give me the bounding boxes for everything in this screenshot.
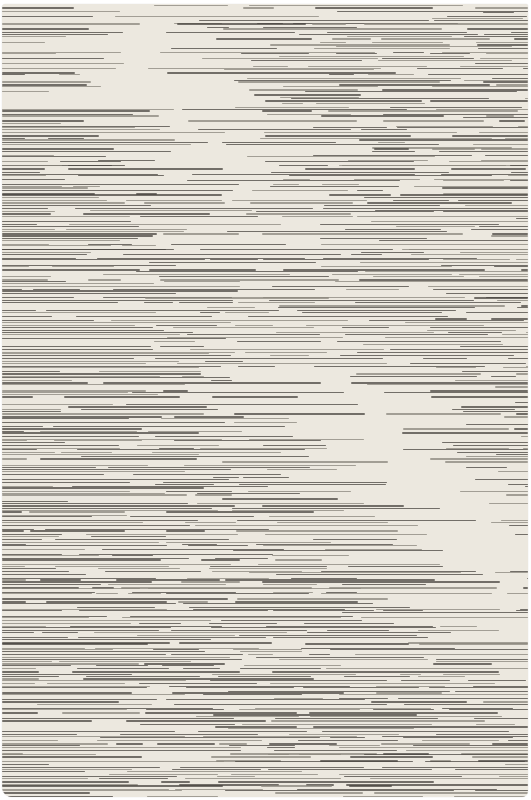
rug-stripe: [2, 200, 107, 201]
rug-stripe: [283, 86, 378, 87]
rug-stripe: [279, 659, 427, 660]
rug-stripe: [86, 676, 200, 677]
rug-stripe: [2, 358, 134, 359]
rug-stripe: [364, 23, 528, 24]
rug-stripe: [207, 307, 254, 308]
rug-stripe: [2, 750, 241, 751]
rug-stripe: [189, 607, 410, 608]
rug-stripe: [270, 186, 399, 187]
rug-stripe: [242, 724, 432, 725]
rug-stripe: [2, 701, 119, 702]
rug-stripe: [247, 78, 461, 79]
rug-stripe: [478, 48, 528, 49]
rug-stripe: [337, 341, 502, 342]
rug-stripe: [229, 745, 294, 746]
rug-stripe: [2, 384, 185, 385]
rug-stripe: [166, 511, 313, 512]
rug-stripe: [99, 371, 201, 372]
rug-stripe: [174, 704, 387, 705]
rug-stripe: [378, 60, 512, 61]
rug-stripe: [2, 771, 85, 772]
rug-stripe: [72, 671, 240, 672]
rug-stripe: [491, 376, 516, 377]
rug-stripe: [221, 620, 362, 621]
rug-stripe: [476, 724, 516, 725]
rug-stripe: [491, 235, 528, 236]
rug-stripe: [382, 767, 528, 768]
rug-stripe: [166, 699, 364, 700]
rug-stripe: [2, 266, 29, 267]
rug-stripe: [419, 643, 528, 644]
rug-stripe: [197, 503, 364, 504]
rug-stripe: [2, 487, 204, 488]
rug-stripe: [264, 132, 457, 133]
rug-stripe: [227, 231, 448, 232]
rug-stripe: [2, 249, 174, 250]
rug-stripe: [2, 649, 113, 650]
rug-stripe: [350, 376, 477, 377]
rug-stripe: [155, 436, 293, 437]
rug-stripe: [2, 418, 129, 419]
rug-stripe: [145, 297, 329, 298]
rug-stripe: [396, 226, 475, 227]
rug-stripe: [455, 691, 528, 692]
rug-stripe: [238, 302, 315, 303]
rug-stripe: [343, 796, 423, 797]
rug-stripe: [329, 194, 391, 195]
rug-stripe: [2, 373, 201, 374]
rug-stripe: [359, 139, 528, 140]
rug-stripe: [248, 316, 448, 317]
rug-stripe: [302, 312, 442, 313]
rug-stripe: [234, 413, 365, 414]
rug-stripe: [245, 352, 327, 353]
rug-stripe: [2, 709, 127, 710]
rug-stripe: [344, 676, 410, 677]
rug-stripe: [237, 598, 388, 599]
rug-stripe: [115, 16, 319, 17]
rug-stripe: [339, 747, 528, 748]
rug-stripe: [2, 598, 228, 599]
rug-stripe: [258, 564, 440, 565]
rug-stripe: [430, 458, 528, 459]
rug-stripe: [2, 213, 51, 214]
rug-stripe: [405, 322, 528, 323]
rug-stripe: [2, 539, 42, 540]
rug-stripe: [2, 694, 185, 695]
rug-stripe: [232, 200, 367, 201]
rug-stripe: [2, 115, 159, 116]
rug-stripe: [223, 28, 442, 29]
rug-stripe: [485, 155, 528, 156]
rug-stripe: [328, 110, 518, 111]
rug-stripe: [211, 627, 436, 628]
rug-stripe: [222, 461, 388, 462]
rug-stripe: [2, 286, 240, 287]
rug-stripe: [320, 224, 500, 225]
rug-stripe: [2, 764, 49, 765]
rug-stripe: [517, 307, 528, 308]
rug-stripe: [299, 754, 340, 755]
rug-stripe: [2, 718, 234, 719]
rug-stripe: [137, 445, 220, 446]
rug-stripe: [236, 530, 398, 531]
rug-stripe: [200, 312, 221, 313]
rug-stripe: [475, 479, 528, 480]
rug-stripe: [2, 720, 92, 721]
rug-stripe: [127, 771, 302, 772]
rug-stripe: [2, 392, 128, 393]
rug-stripe: [155, 358, 383, 359]
rug-stripe: [277, 522, 388, 523]
rug-stripe: [37, 704, 152, 705]
rug-stripe: [370, 778, 528, 779]
rug-stripe: [2, 734, 77, 735]
rug-stripe: [2, 639, 211, 640]
rug-stripe: [2, 508, 212, 509]
rug-stripe: [109, 774, 217, 775]
rug-stripe: [2, 380, 72, 381]
rug-stripe: [122, 617, 340, 618]
rug-stripe: [321, 266, 452, 267]
rug-stripe: [210, 259, 258, 260]
rug-stripe: [505, 764, 528, 765]
rug-stripe: [2, 593, 92, 594]
rug-stripe: [238, 366, 275, 367]
rug-stripe: [171, 630, 307, 631]
rug-stripe: [282, 216, 353, 217]
rug-stripe: [155, 484, 214, 485]
rug-stripe: [132, 392, 344, 393]
rug-stripe: [516, 610, 528, 611]
rug-stripe: [253, 66, 288, 67]
rug-stripe: [235, 761, 412, 762]
rug-stripe: [263, 545, 417, 546]
rug-stripe: [527, 578, 528, 579]
rug-stripe: [2, 574, 86, 575]
rug-stripe: [275, 792, 363, 793]
rug-stripe: [166, 491, 232, 492]
rug-stripe: [2, 81, 91, 82]
rug-stripe: [2, 661, 52, 662]
rug-stripe: [2, 367, 199, 368]
rug-stripe: [2, 740, 58, 741]
rug-stripe: [120, 734, 258, 735]
rug-stripe: [2, 584, 101, 585]
rug-stripe: [137, 635, 235, 636]
rug-stripe: [237, 520, 476, 521]
rug-stripe: [2, 754, 96, 755]
rug-stripe: [461, 406, 528, 407]
rug-stripe: [515, 534, 528, 535]
rug-stripe: [2, 269, 140, 270]
rug-stripe: [466, 424, 528, 425]
rug-stripe: [321, 244, 528, 245]
rug-stripe: [428, 286, 528, 287]
rug-stripe: [479, 276, 528, 277]
rug-stripe: [2, 316, 52, 317]
rug-stripe: [218, 781, 434, 782]
rug-stripe: [418, 630, 498, 631]
rug-stripe: [2, 436, 139, 437]
rug-stripe: [185, 522, 237, 523]
rug-stripe: [383, 610, 423, 611]
rug-stripe: [384, 392, 528, 393]
rug-stripe: [2, 254, 87, 255]
rug-stripe: [2, 226, 139, 227]
rug-stripe: [126, 404, 358, 405]
rug-stripe: [2, 657, 230, 658]
rug-stripe: [195, 494, 232, 495]
rug-stripe: [272, 286, 410, 287]
rug-stripe: [2, 205, 151, 206]
rug-stripe: [361, 129, 407, 130]
rug-stripe: [289, 734, 399, 735]
rug-stripe: [2, 426, 43, 427]
rug-stripe: [2, 442, 65, 443]
rug-stripe: [217, 776, 256, 777]
rug-stripe: [2, 28, 89, 29]
rug-stripe: [2, 161, 48, 162]
rug-stripe: [320, 42, 346, 43]
rug-stripe: [209, 568, 326, 569]
rug-stripe: [2, 665, 71, 666]
rug-stripe: [133, 474, 282, 475]
rug-stripe: [76, 316, 212, 317]
rug-stripe: [335, 281, 528, 282]
rug-stripe: [2, 361, 179, 362]
rug-stripe: [79, 554, 274, 555]
rug-stripe: [491, 522, 528, 523]
rug-stripe: [298, 740, 398, 741]
rug-stripe: [2, 422, 225, 423]
rug-stripe: [225, 312, 269, 313]
rug-stripe: [2, 175, 46, 176]
rug-stripe: [185, 778, 341, 779]
rug-stripe: [464, 36, 528, 37]
rug-stripe: [83, 213, 211, 214]
rug-stripe: [2, 36, 66, 37]
rug-stripe: [99, 778, 169, 779]
rug: Hand-woven cream rug with abstract charc…: [2, 4, 528, 797]
rug-stripe: [321, 115, 444, 116]
rug-stripe: [339, 165, 505, 166]
rug-stripe: [2, 238, 138, 239]
rug-stripe: [2, 23, 140, 24]
rug-stripe: [458, 200, 528, 201]
rug-stripe: [439, 151, 528, 152]
rug-stripe: [495, 386, 528, 387]
rug-stripe: [265, 135, 411, 136]
rug-stripe: [499, 120, 525, 121]
rug-stripe: [61, 452, 112, 453]
rug-stripe: [436, 661, 528, 662]
rug-stripe: [108, 584, 226, 585]
rug-stripe: [261, 785, 332, 786]
rug-stripe: [403, 449, 528, 450]
rug-stripe: [2, 683, 35, 684]
rug-stripe: [329, 74, 354, 75]
rug-stripe: [453, 445, 528, 446]
rug-stripe: [357, 352, 528, 353]
rug-stripe: [363, 344, 502, 345]
rug-stripe: [2, 53, 56, 54]
rug-stripe: [81, 456, 310, 457]
rug-stripe: [275, 718, 438, 719]
rug-stripe: [53, 426, 285, 427]
rug-stripe: [52, 266, 114, 267]
rug-stripe: [218, 676, 311, 677]
rug-stripe: [349, 785, 391, 786]
rug-stripe: [521, 436, 528, 437]
rug-stripe: [433, 289, 528, 290]
rug-stripe: [2, 545, 167, 546]
rug-stripe: [320, 238, 427, 239]
rug-stripe: [164, 281, 240, 282]
rug-stripe: [203, 694, 301, 695]
rug-stripe: [270, 683, 495, 684]
rug-stripe: [2, 58, 104, 59]
rug-stripe: [2, 293, 176, 294]
rug-stripe: [2, 338, 226, 339]
rug-stripe: [90, 210, 252, 211]
rug-stripe: [355, 654, 528, 655]
rug-stripe: [2, 776, 177, 777]
rug-stripe: [329, 745, 381, 746]
rug-stripe: [233, 649, 303, 650]
rug-stripe: [342, 612, 528, 613]
rug-stripe: [305, 643, 409, 644]
rug-stripe: [506, 494, 528, 495]
rug-stripe: [368, 74, 414, 75]
rug-stripe: [177, 363, 387, 364]
rug-stripe: [235, 107, 349, 108]
rug-stripe: [436, 367, 476, 368]
rug-stripe: [269, 300, 474, 301]
rug-stripe: [2, 581, 152, 582]
rug-stripe: [148, 588, 361, 589]
rug-stripe: [443, 180, 504, 181]
rug-stripe: [231, 774, 318, 775]
rug-stripe: [262, 233, 464, 234]
rug-stripe: [174, 440, 321, 441]
rug-stripe: [2, 123, 61, 124]
rug-stripe: [303, 687, 419, 688]
rug-stripe: [2, 699, 157, 700]
rug-stripe: [2, 187, 88, 188]
rug-stripe: [183, 668, 221, 669]
rug-stripe: [409, 249, 528, 250]
rug-stripe: [243, 7, 274, 8]
rug-stripe: [2, 494, 187, 495]
rug-stripe: [417, 68, 503, 69]
rug-stripe: [502, 334, 528, 335]
rug-stripe: [2, 781, 129, 782]
rug-stripe: [2, 687, 147, 688]
rug-stripe: [2, 516, 92, 517]
rug-stripe: [2, 221, 131, 222]
rug-stripe: [69, 224, 280, 225]
rug-stripe: [443, 259, 510, 260]
rug-stripe: [356, 373, 481, 374]
rug-stripe: [440, 626, 477, 627]
rug-stripe: [472, 756, 528, 757]
rug-stripe: [2, 458, 27, 459]
rug-stripe: [62, 712, 140, 713]
rug-stripe: [510, 180, 528, 181]
rug-stripe: [348, 566, 443, 567]
rug-stripe: [2, 511, 22, 512]
rug-stripe: [256, 211, 435, 212]
rug-stripe: [2, 676, 59, 677]
rug-stripe: [344, 776, 462, 777]
rug-stripe: [339, 774, 528, 775]
rug-stripe: [307, 632, 451, 633]
rug-stripe: [181, 581, 240, 582]
rug-stripe: [508, 358, 528, 359]
rug-stripe: [140, 724, 236, 725]
rug-stripe: [166, 32, 295, 33]
rug-stripe: [428, 74, 528, 75]
rug-stripe: [251, 60, 362, 61]
rug-stripe: [68, 406, 207, 407]
rug-stripe: [212, 396, 298, 397]
rug-stripe: [332, 38, 371, 39]
rug-stripe: [361, 617, 528, 618]
rug-stripe: [462, 371, 528, 372]
rug-stripe: [312, 23, 346, 24]
rug-stripe: [196, 716, 300, 717]
rug-stripe: [2, 74, 25, 75]
rug-stripe: [2, 796, 113, 797]
rug-stripe: [238, 81, 440, 82]
rug-stripe: [315, 7, 433, 8]
rug-stripe: [498, 471, 528, 472]
rug-stripe: [418, 676, 464, 677]
rug-stripe: [525, 486, 528, 487]
rug-stripe: [2, 194, 222, 195]
rug-stripe: [167, 72, 396, 73]
rug-stripe: [2, 216, 130, 217]
rug-stripe: [270, 355, 309, 356]
rug-stripe: [108, 467, 311, 468]
rug-stripe: [271, 720, 485, 721]
rug-stripe: [460, 66, 528, 67]
rug-stripe: [516, 373, 528, 374]
rug-stripe: [508, 175, 528, 176]
rug-stripe: [100, 737, 320, 738]
rug-stripe: [265, 100, 421, 101]
rug-stripe: [198, 731, 308, 732]
rug-stripe: [425, 761, 524, 762]
rug-stripe: [128, 593, 161, 594]
rug-stripe: [398, 698, 528, 699]
rug-stripe: [256, 657, 424, 658]
rug-stripe: [2, 132, 225, 133]
rug-stripe: [263, 584, 317, 585]
rug-stripe: [234, 422, 298, 423]
rug-stripe: [249, 572, 461, 573]
rug-stripe: [2, 520, 198, 521]
rug-stripe: [2, 363, 146, 364]
rug-stripe: [2, 355, 231, 356]
rug-stripe: [77, 607, 155, 608]
rug-stripe: [262, 505, 404, 506]
rug-stripe: [2, 712, 38, 713]
rug-stripe: [466, 312, 528, 313]
rug-stripe: [374, 148, 409, 149]
rug-stripe: [2, 302, 118, 303]
